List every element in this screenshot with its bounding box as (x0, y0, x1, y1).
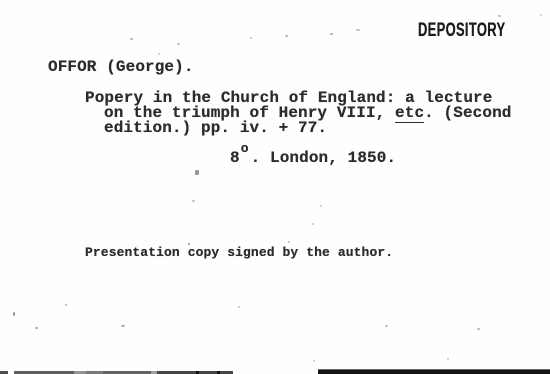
scan-speck (356, 29, 360, 31)
scan-speck (313, 360, 315, 362)
scan-speck (195, 170, 199, 175)
scan-speck (250, 37, 252, 39)
format-superscript-o: o (241, 141, 249, 156)
scan-speck (192, 200, 195, 202)
note-line: Presentation copy signed by the author. (85, 246, 393, 260)
scan-speck (65, 304, 67, 306)
scan-speck (35, 327, 38, 329)
scan-speck (177, 43, 180, 45)
scan-speck (238, 306, 240, 308)
scan-speck (188, 243, 190, 245)
imprint-rest: . London, 1850. (251, 149, 397, 167)
scan-speck (320, 205, 322, 207)
author-heading: OFFOR (George). (48, 59, 194, 75)
scan-speck (330, 33, 333, 35)
scan-speck (121, 325, 125, 327)
catalog-card: DEPOSITORY OFFOR (George). Popery in the… (0, 0, 550, 374)
scan-speck (13, 312, 15, 316)
imprint-line: 8o. London, 1850. (230, 150, 396, 167)
title-line-2-post: . (Second (424, 104, 511, 122)
title-line-3: edition.) pp. iv. + 77. (104, 120, 327, 136)
depository-stamp: DEPOSITORY (418, 21, 505, 40)
scan-speck (285, 35, 288, 37)
scan-speck (158, 53, 160, 55)
scan-speck (130, 38, 133, 40)
title-line-2-etc: etc (395, 104, 424, 123)
scan-speck (447, 358, 449, 360)
scan-bar-right (318, 369, 550, 374)
scan-speck (385, 325, 388, 327)
format-numeral: 8 (230, 149, 240, 167)
scan-speck (312, 223, 314, 225)
scan-speck (540, 14, 542, 16)
scan-speck (498, 15, 501, 17)
scan-speck (288, 241, 290, 243)
scan-speck (477, 328, 480, 330)
